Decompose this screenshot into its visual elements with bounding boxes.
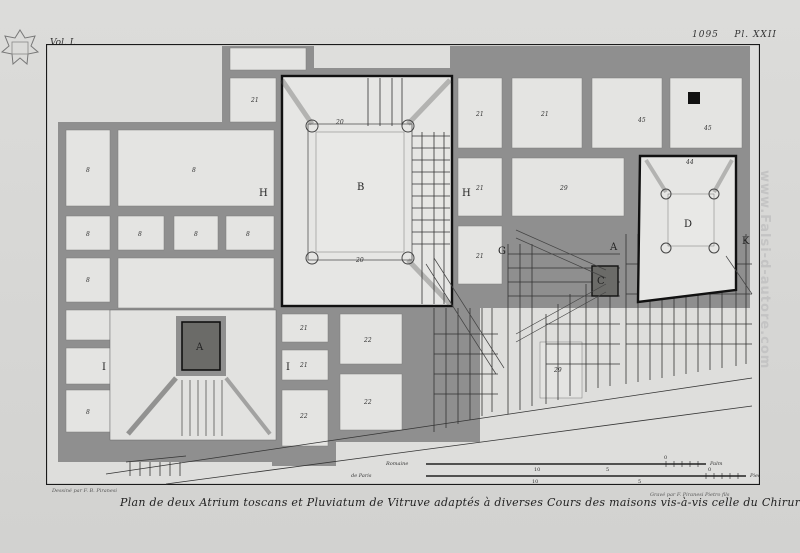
atrium-a xyxy=(110,310,276,440)
room-number: 44 xyxy=(685,159,694,166)
plate-caption: Plan de deux Atrium toscans et Pluviatum… xyxy=(120,496,720,509)
watermark: www.Falsi-d-autore.com xyxy=(757,170,772,369)
room-number: 20 xyxy=(335,119,344,126)
room-c-block xyxy=(592,266,618,296)
plate-label: Pl. XXII xyxy=(734,30,777,40)
room-number: 8 xyxy=(138,231,142,238)
room-number: 22 xyxy=(363,399,372,406)
room-number: 8 xyxy=(192,167,196,174)
room-number: 8 xyxy=(86,167,90,174)
room-number: 22 xyxy=(363,337,372,344)
room-number: 8 xyxy=(86,409,90,416)
scale-tick: 10 xyxy=(534,467,540,473)
label-atrium-d: D xyxy=(684,219,692,230)
plate-number: 1095 Pl. XXII xyxy=(692,30,777,40)
room-number: 8 xyxy=(86,231,90,238)
scale-tick: 5 xyxy=(638,479,641,485)
scale-paris-label: de Paris xyxy=(351,473,372,479)
dark-block-top-right xyxy=(688,92,700,104)
label-atrium-a: A xyxy=(195,342,204,353)
collector-stamp-icon xyxy=(0,28,40,68)
room-number: 21 xyxy=(299,325,308,332)
label-h-left: H xyxy=(259,188,268,199)
engraving-sheet: Vol. I. 1095 Pl. XXII xyxy=(0,0,800,553)
scale-paris-unit: Pieds xyxy=(749,473,760,479)
plate-number-value: 1095 xyxy=(692,30,719,40)
scale-roman-label: Romaine xyxy=(385,461,408,467)
scale-tick: 10 xyxy=(532,479,538,485)
room-number: 29 xyxy=(559,185,568,192)
scale-tick: 0 xyxy=(708,467,711,473)
room-number: 21 xyxy=(540,111,549,118)
atrium-b xyxy=(282,76,452,306)
room-number: 21 xyxy=(475,253,484,260)
label-a-small: A xyxy=(609,242,618,253)
room-number: 20 xyxy=(355,257,364,264)
label-h-right: H xyxy=(462,188,471,199)
room-number: 8 xyxy=(194,231,198,238)
room-number: 22 xyxy=(299,413,308,420)
scale-tick: 5 xyxy=(606,467,609,473)
credit-drawn-by: Dessiné par F. B. Piranesi xyxy=(52,488,117,494)
label-atrium-b: B xyxy=(357,182,364,193)
label-i-left: I xyxy=(102,362,106,373)
label-g: G xyxy=(498,246,506,257)
label-k: K xyxy=(742,236,750,247)
room-number: 8 xyxy=(246,231,250,238)
label-room-c: C xyxy=(597,276,605,287)
room-number: 45 xyxy=(637,117,646,124)
room-number: 8 xyxy=(86,277,90,284)
room-number: 21 xyxy=(250,97,259,104)
room-number: 21 xyxy=(299,362,308,369)
room-number: 21 xyxy=(475,185,484,192)
floor-plan: B A C D H H I I G A K 8 8 8 8 8 8 8 8 21… xyxy=(46,44,760,485)
room-number: 21 xyxy=(475,111,484,118)
scale-tick: 0 xyxy=(664,455,667,461)
room-number: 45 xyxy=(703,125,712,132)
label-i-right: I xyxy=(286,362,290,373)
room-number: 29 xyxy=(553,367,562,374)
